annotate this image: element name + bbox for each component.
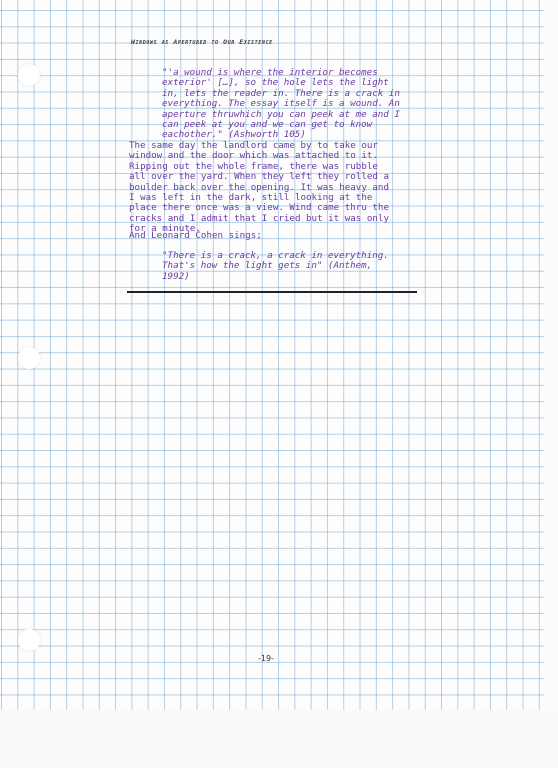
binder-hole: [18, 347, 40, 369]
scan-margin: [0, 710, 558, 768]
binder-hole: [18, 629, 40, 651]
block-quote-cohen: "There is a crack, a crack in everything…: [162, 251, 389, 282]
horizontal-rule: [127, 291, 417, 293]
binder-hole: [18, 64, 40, 86]
page-number: -19-: [258, 654, 274, 663]
body-paragraph: The same day the landlord came by to tak…: [129, 141, 389, 235]
graph-paper-page: Windows as Apertured to Our Existence "'…: [0, 0, 544, 710]
running-head: Windows as Apertured to Our Existence: [131, 38, 273, 46]
lead-in-text: And Leonard Cohen sings;: [129, 231, 262, 241]
block-quote-ashworth: "'a wound is where the interior becomes …: [162, 68, 400, 141]
